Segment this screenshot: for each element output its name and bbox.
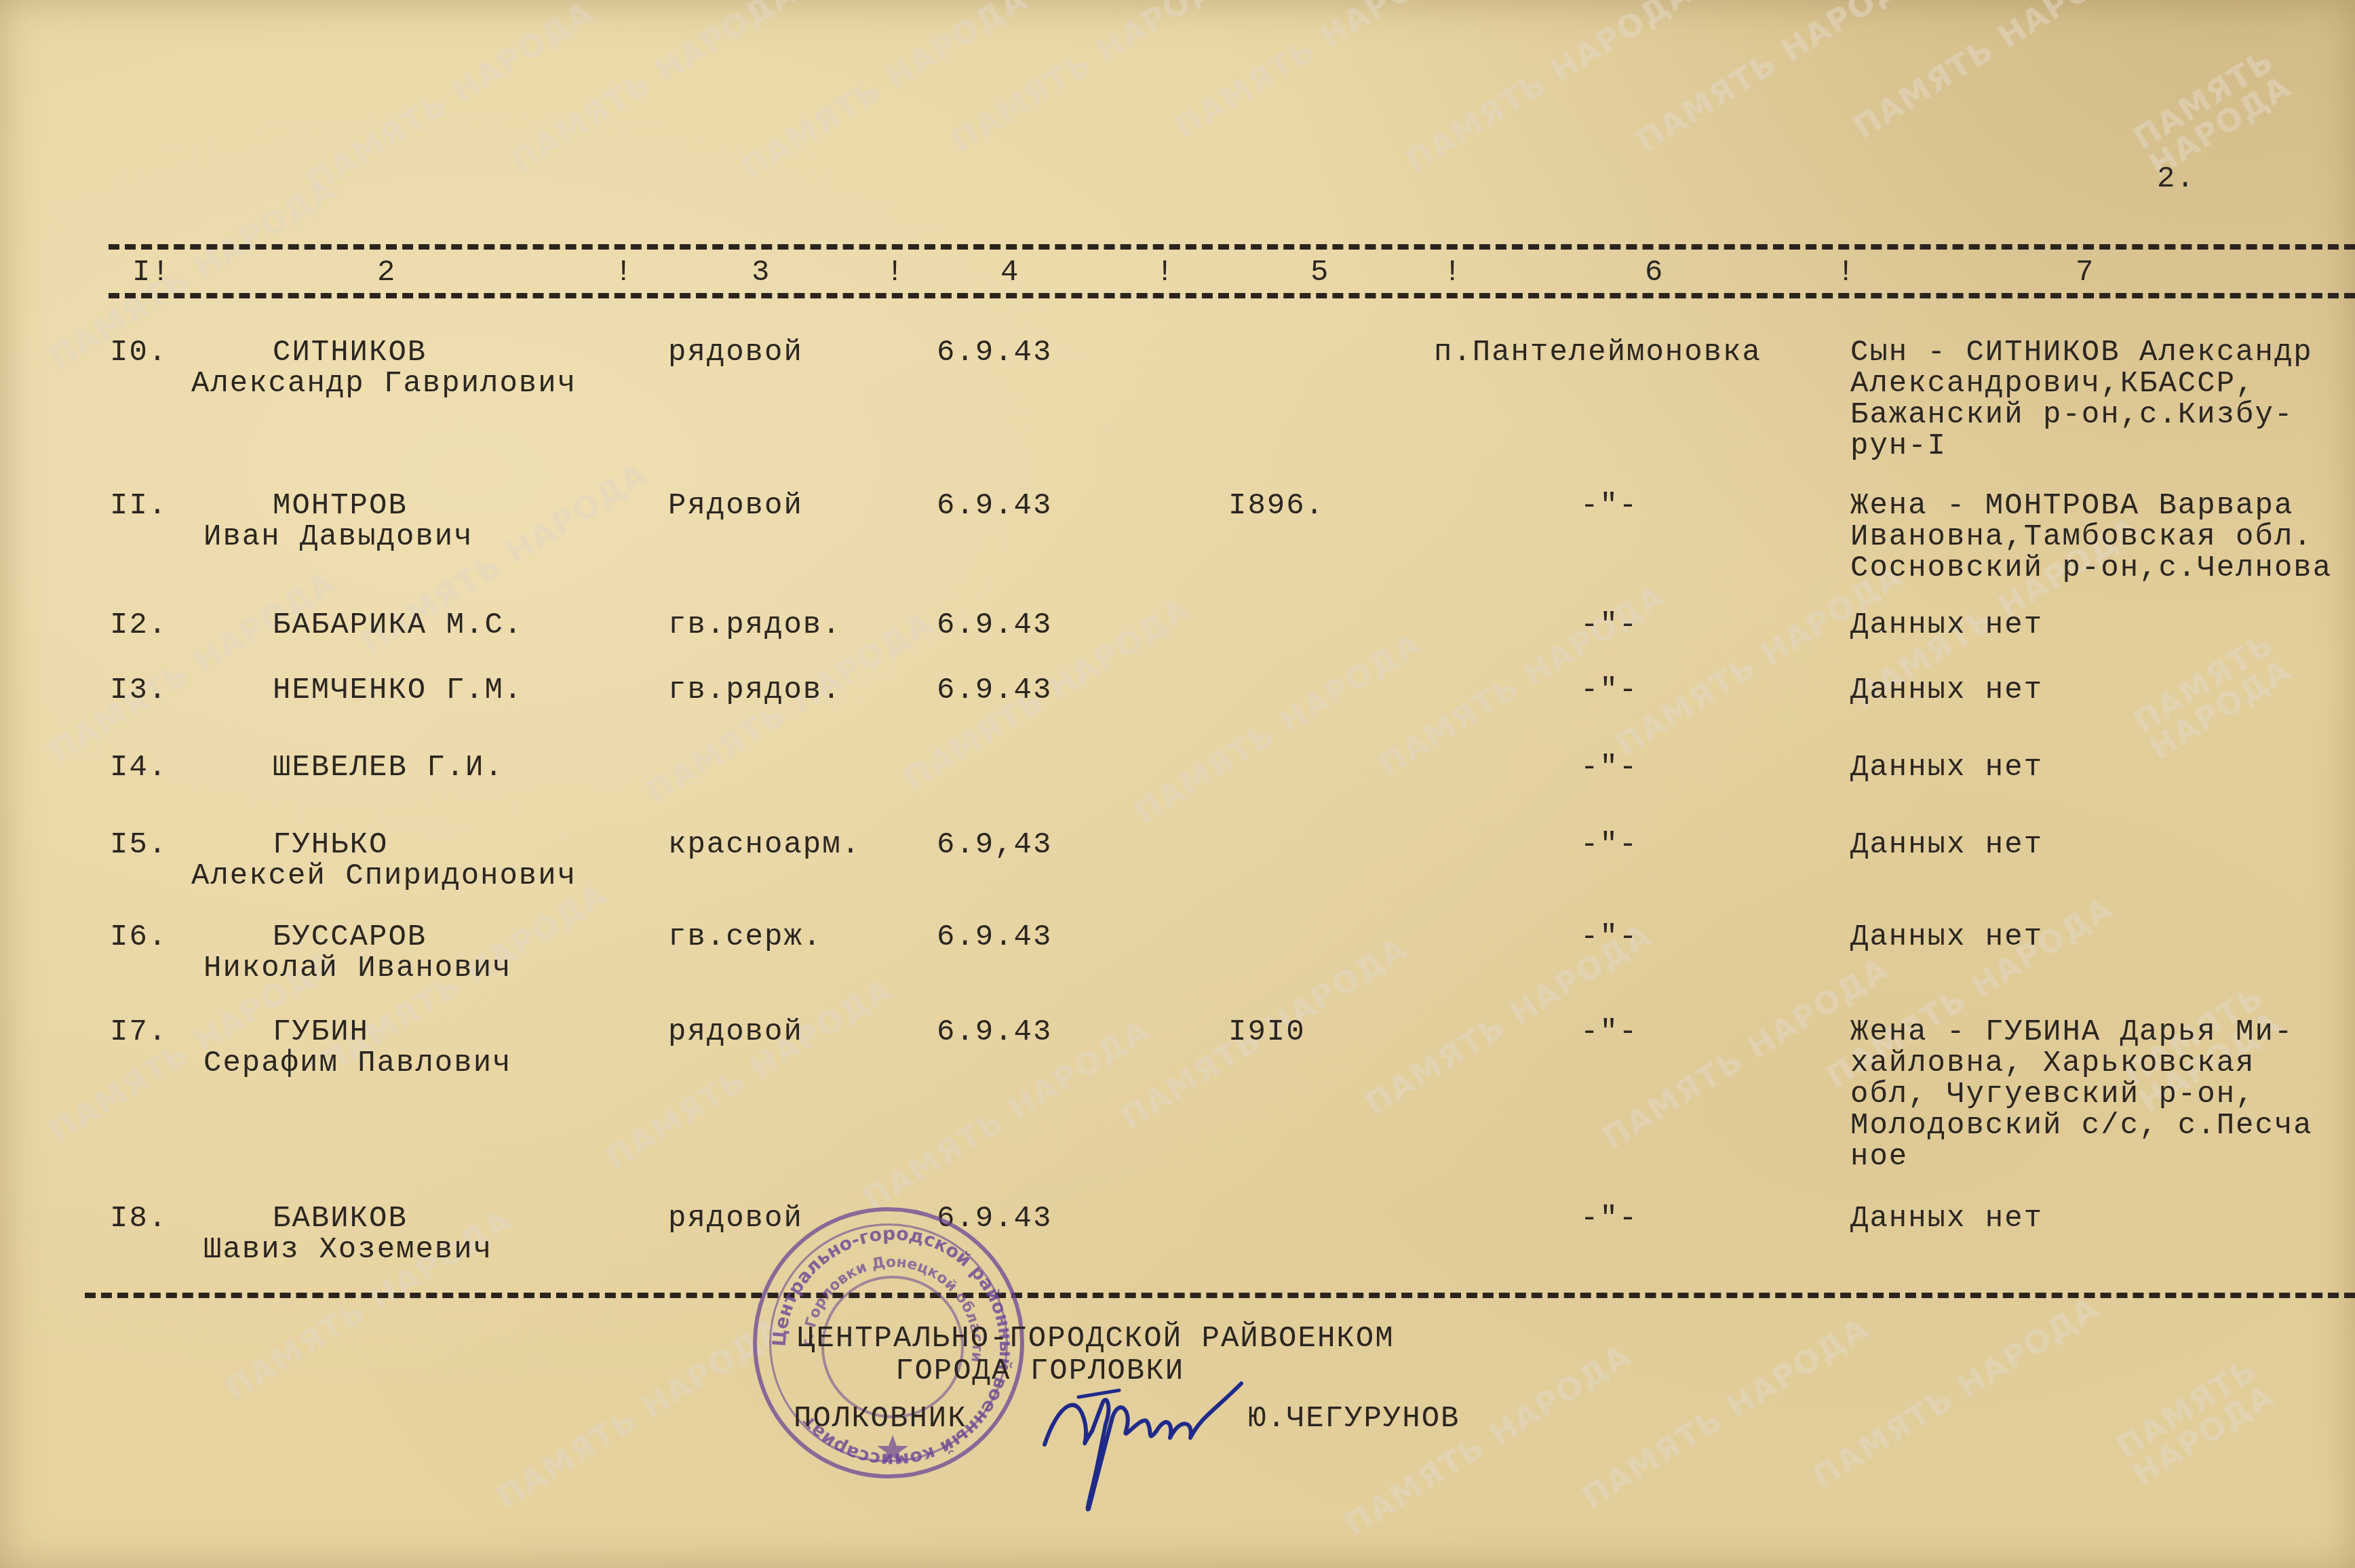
given-names: Серафим Павлович (203, 1047, 511, 1080)
date-of-death: 6.9.43 (937, 921, 1052, 954)
date-of-death: 6.9,43 (937, 829, 1052, 861)
date-of-death: 6.9.43 (937, 674, 1052, 707)
surname: БАБАРИКА М.С. (273, 609, 523, 642)
col-header-7: 7 (2076, 256, 2095, 289)
relatives-line: Ивановна,Тамбовская обл. (1850, 521, 2313, 553)
signer-name: Ю.ЧЕГУРУНОВ (1248, 1403, 1460, 1435)
header-top-rule (109, 244, 2355, 250)
watermark: ПАМЯТЬ НАРОДА (736, 0, 1033, 184)
burial-place-ditto: -"- (1580, 674, 1638, 707)
relatives-line: Данных нет (1850, 829, 2043, 861)
military-rank: красноарм. (668, 829, 861, 861)
relatives-line: Данных нет (1850, 921, 2043, 954)
col-separator: ! (1156, 256, 1175, 289)
birth-year: I896. (1228, 490, 1325, 522)
relatives-line: ное (1850, 1141, 1908, 1173)
row-number: I7. (110, 1016, 168, 1048)
row-number: I4. (110, 751, 168, 784)
watermark: ПАМЯТЬ НАРОДА (302, 0, 599, 198)
relatives-line: обл, Чугуевский р-он, (1850, 1078, 2255, 1111)
col-separator: ! (1443, 256, 1462, 289)
col-header-5: 5 (1310, 256, 1329, 289)
row-number: I5. (110, 829, 168, 861)
surname: НЕМЧЕНКО Г.М. (273, 674, 523, 707)
given-names: Николай Иванович (203, 952, 511, 985)
col-separator: ! (886, 256, 905, 289)
birth-year: I9I0 (1228, 1016, 1306, 1048)
relatives-line: Данных нет (1850, 674, 2043, 707)
relatives-line: Данных нет (1850, 1202, 2043, 1235)
burial-place-ditto: -"- (1580, 490, 1638, 522)
relatives-line: Бажанский р-он,с.Кизбу- (1850, 399, 2293, 431)
surname: ШЕВЕЛЕВ Г.И. (273, 751, 504, 784)
row-number: II. (110, 490, 168, 522)
military-rank: рядовой (668, 1016, 803, 1048)
col-header-6: 6 (1645, 256, 1664, 289)
watermark: ПАМЯТЬ НАРОДА (2042, 1310, 2347, 1533)
relatives-line: Молодовский с/с, с.Песча (1850, 1110, 2313, 1142)
col-header-3: 3 (752, 256, 771, 289)
given-names: Александр Гаврилович (191, 368, 577, 400)
surname: БАВИКОВ (273, 1202, 408, 1235)
date-of-death: 6.9.43 (937, 1016, 1052, 1048)
given-names: Шавиз Хоземевич (203, 1234, 492, 1266)
burial-place-ditto: -"- (1580, 1202, 1638, 1235)
burial-place-ditto: -"- (1580, 751, 1638, 784)
date-of-death: 6.9.43 (937, 609, 1052, 642)
signer-title: ПОЛКОВНИК (794, 1403, 967, 1435)
military-rank: рядовой (668, 336, 803, 369)
relatives-line: Александрович,КБАССР, (1850, 368, 2255, 400)
row-number: I0. (110, 336, 168, 369)
row-number: I6. (110, 921, 168, 954)
burial-place-ditto: -"- (1580, 921, 1638, 954)
col-separator: ! (615, 256, 634, 289)
military-rank: гв.рядов. (668, 674, 842, 707)
col-header-2: 2 (377, 256, 396, 289)
burial-place-ditto: -"- (1580, 1016, 1638, 1048)
watermark: ПАМЯТЬ НАРОДА (600, 973, 897, 1174)
col-header-1: I! (132, 256, 171, 289)
burial-place: п.Пантелеймоновка (1434, 336, 1762, 369)
military-rank: Рядовой (668, 490, 803, 522)
given-names: Иван Давыдович (203, 521, 473, 553)
watermark: ПАМЯТЬ НАРОДА (44, 566, 341, 767)
relatives-line: Данных нет (1850, 751, 2043, 784)
watermark: ПАМЯТЬ НАРОДА (492, 1312, 789, 1513)
relatives-line: рун-I (1850, 430, 1947, 463)
date-of-death: 6.9.43 (937, 490, 1052, 522)
surname: ГУНЬКО (273, 829, 388, 861)
watermark: ПАМЯТЬ НАРОДА (1170, 0, 1467, 144)
surname: СИТНИКОВ (273, 336, 427, 369)
col-separator: ! (1837, 256, 1856, 289)
given-names: Алексей Спиридонович (191, 860, 577, 893)
relatives-line: Жена - МОНТРОВА Варвара (1850, 490, 2293, 522)
burial-place-ditto: -"- (1580, 609, 1638, 642)
surname: МОНТРОВ (273, 490, 408, 522)
row-number: I2. (110, 609, 168, 642)
watermark: ПАМЯТЬ НАРОДА (2074, 593, 2350, 798)
burial-place-ditto: -"- (1580, 829, 1638, 861)
watermark: ПАМЯТЬ НАРОДА (1848, 0, 2145, 144)
header-bottom-rule (109, 293, 2355, 298)
row-number: I3. (110, 674, 168, 707)
handwritten-signature (1038, 1363, 1262, 1519)
surname: БУССАРОВ (273, 921, 427, 954)
relatives-line: Сын - СИТНИКОВ Александр (1850, 336, 2313, 369)
surname: ГУБИН (273, 1016, 369, 1048)
military-rank: гв.серж. (668, 921, 822, 954)
page-number: 2. (2157, 163, 2196, 195)
table-bottom-rule (85, 1293, 2355, 1298)
row-number: I8. (110, 1202, 168, 1235)
watermark: ПАМЯТЬ НАРОДА (2074, 10, 2350, 215)
relatives-line: Данных нет (1850, 609, 2043, 642)
office-name-line1: ЦЕНТРАЛЬНО-ГОРОДСКОЙ РАЙВОЕНКОМ (797, 1322, 1395, 1355)
military-rank: гв.рядов. (668, 609, 842, 642)
relatives-line: Жена - ГУБИНА Дарья Ми- (1850, 1016, 2293, 1048)
watermark: ПАМЯТЬ НАРОДА (1129, 627, 1426, 828)
relatives-line: хайловна, Харьковская (1850, 1047, 2255, 1080)
relatives-line: Сосновский р-он,с.Челнова (1850, 552, 2332, 585)
date-of-death: 6.9.43 (937, 336, 1052, 369)
col-header-4: 4 (1000, 256, 1019, 289)
